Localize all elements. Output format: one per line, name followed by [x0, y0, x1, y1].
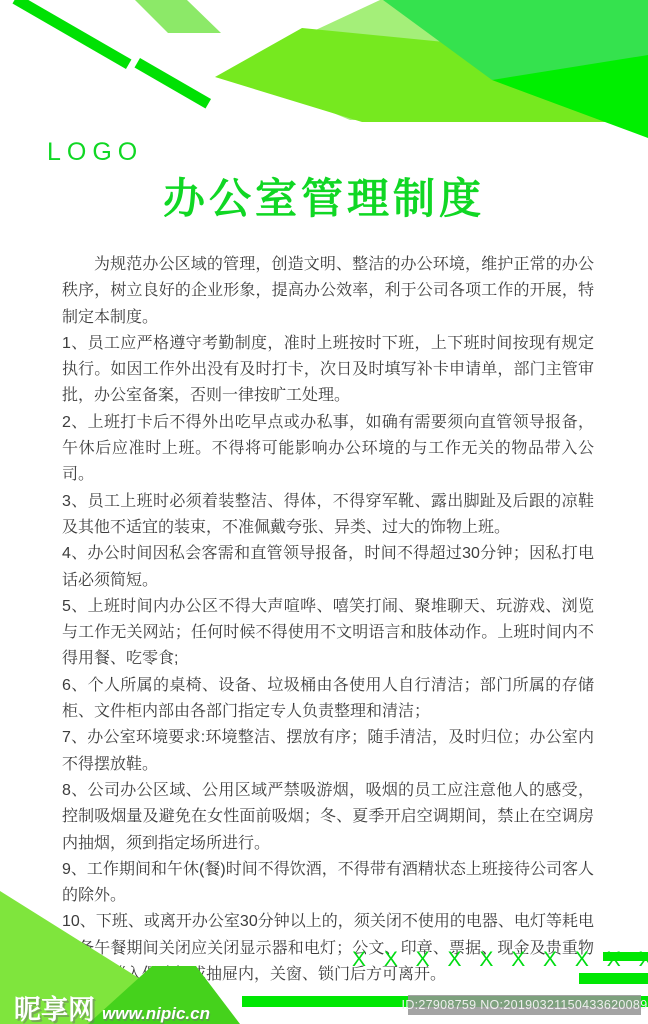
- deco-green-bar-medium: [579, 973, 648, 984]
- rule-item: 3、员工上班时必须着装整洁、得体，不得穿军靴、露出脚趾及后跟的凉鞋及其他不适宜的…: [62, 489, 594, 542]
- image-id-badge: ID:27908759 NO:20190321150433620089: [408, 995, 641, 1015]
- rule-item: 8、公司办公区域、公用区域严禁吸游烟，吸烟的员工应注意他人的感受，控制吸烟量及避…: [62, 778, 594, 857]
- rule-item: 4、办公时间因私会客需和直管领导报备，时间不得超过30分钟；因私打电话必须简短。: [62, 541, 594, 594]
- rule-item: 7、办公室环境要求:环境整洁、摆放有序；随手清洁，及时归位；办公室内不得摆放鞋。: [62, 725, 594, 778]
- poster-page: LOGO 办公室管理制度 为规范办公区域的管理，创造文明、整洁的办公环境，维护正…: [0, 0, 648, 1024]
- rule-item: 1、员工应严格遵守考勤制度，准时上班按时下班，上下班时间按现有规定执行。如因工作…: [62, 331, 594, 410]
- deco-diagonal-stripe-1: [13, 0, 132, 69]
- rule-item: 6、个人所属的桌椅、设备、垃圾桶由各使用人自行清洁；部门所属的存储柜、文件柜内部…: [62, 673, 594, 726]
- nipic-watermark: 昵享网 www.nipic.cn: [14, 988, 210, 1024]
- deco-diagonal-stripe-2: [135, 58, 212, 109]
- watermark-site-url: www.nipic.cn: [102, 1004, 210, 1024]
- watermark-site-name: 昵享网: [14, 988, 95, 1024]
- logo-text: LOGO: [47, 138, 143, 167]
- rule-item: 2、上班打卡后不得外出吃早点或办私事，如确有需要须向直管领导报备，午休后应准时上…: [62, 410, 594, 489]
- rules-body: 为规范办公区域的管理，创造文明、整洁的办公环境，维护正常的办公秩序，树立良好的企…: [62, 252, 594, 988]
- rule-item: 9、工作期间和午休(餐)时间不得饮酒，不得带有酒精状态上班接待公司客人的除外。: [62, 857, 594, 910]
- rule-item: 5、上班时间内办公区不得大声喧哗、嘻笑打闹、聚堆聊天、玩游戏、浏览与工作无关网站…: [62, 594, 594, 673]
- page-title: 办公室管理制度: [0, 166, 648, 226]
- deco-green-bar-small: [603, 952, 648, 961]
- intro-paragraph: 为规范办公区域的管理，创造文明、整洁的办公环境，维护正常的办公秩序，树立良好的企…: [62, 252, 594, 331]
